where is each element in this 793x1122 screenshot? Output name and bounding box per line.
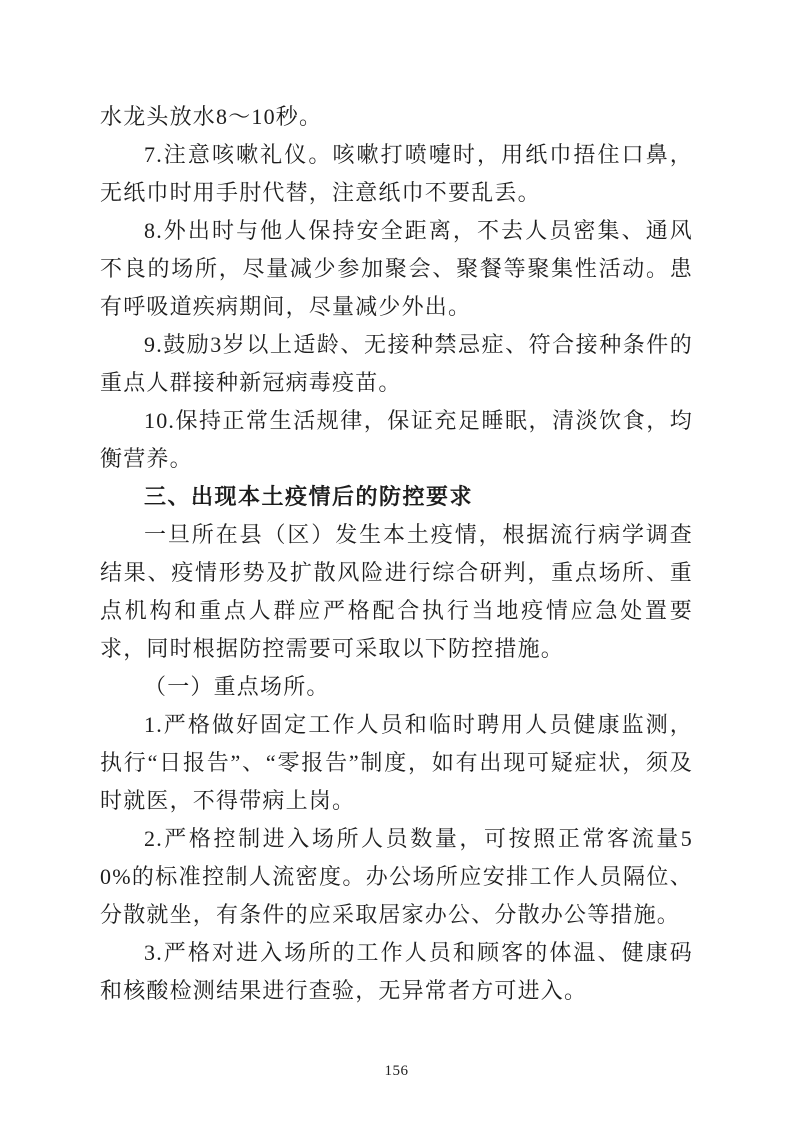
page-number: 156 <box>385 1063 409 1079</box>
subsection-1-heading: （一）重点场所。 <box>100 668 693 706</box>
section-3-heading: 三、出现本土疫情后的防控要求 <box>100 478 693 516</box>
item-9: 9.鼓励3岁以上适龄、无接种禁忌症、符合接种条件的重点人群接种新冠病毒疫苗。 <box>100 326 693 402</box>
document-page: 水龙头放水8～10秒。 7.注意咳嗽礼仪。咳嗽打喷嚏时，用纸巾捂住口鼻，无纸巾时… <box>0 0 793 1122</box>
continuation-line: 水龙头放水8～10秒。 <box>100 98 693 136</box>
measure-2: 2.严格控制进入场所人员数量，可按照正常客流量50%的标准控制人流密度。办公场所… <box>100 820 693 934</box>
page-footer: 156 <box>0 1062 793 1080</box>
document-body: 水龙头放水8～10秒。 7.注意咳嗽礼仪。咳嗽打喷嚏时，用纸巾捂住口鼻，无纸巾时… <box>100 98 693 1010</box>
section-3-intro: 一旦所在县（区）发生本土疫情，根据流行病学调查结果、疫情形势及扩散风险进行综合研… <box>100 516 693 668</box>
item-8: 8.外出时与他人保持安全距离，不去人员密集、通风不良的场所，尽量减少参加聚会、聚… <box>100 212 693 326</box>
measure-3: 3.严格对进入场所的工作人员和顾客的体温、健康码和核酸检测结果进行查验，无异常者… <box>100 934 693 1010</box>
item-10: 10.保持正常生活规律，保证充足睡眠，清淡饮食，均衡营养。 <box>100 402 693 478</box>
measure-1: 1.严格做好固定工作人员和临时聘用人员健康监测，执行“日报告”、“零报告”制度，… <box>100 706 693 820</box>
item-7: 7.注意咳嗽礼仪。咳嗽打喷嚏时，用纸巾捂住口鼻，无纸巾时用手肘代替，注意纸巾不要… <box>100 136 693 212</box>
